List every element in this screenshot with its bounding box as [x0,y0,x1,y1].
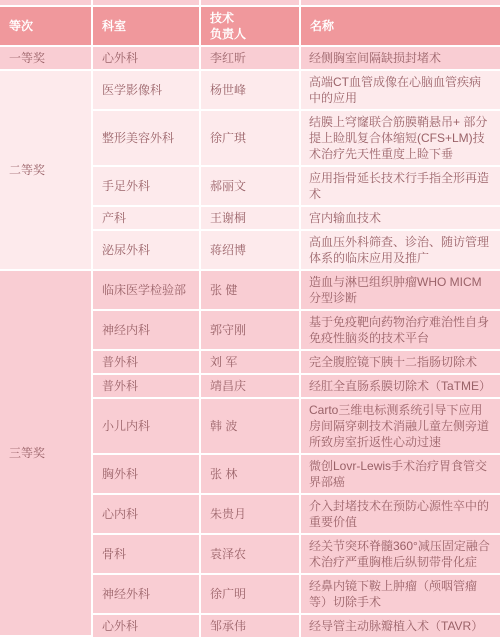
lead-cell: 张 健 [201,271,301,311]
lead-cell: 袁泽农 [201,535,301,575]
lead-cell: 刘 军 [201,351,301,375]
department-cell: 手足外科 [93,167,201,207]
header-row: 等次 科室 技术 负责人 名称 [0,7,500,47]
top-strip-cell [201,0,301,7]
department-cell: 普外科 [93,375,201,399]
name-cell: 完全腹腔镜下胰十二指肠切除术 [301,351,500,375]
lead-cell: 朱贵月 [201,495,301,535]
awards-page: 等次 科室 技术 负责人 名称 一等奖心外科李红昕经侧胸室间隔缺损封堵术二等奖医… [0,0,500,638]
department-cell: 神经内科 [93,311,201,351]
name-cell: 介入封堵技术在预防心源性卒中的重要价值 [301,495,500,535]
department-cell: 骨科 [93,535,201,575]
department-cell: 心外科 [93,47,201,71]
table-row: 一等奖心外科李红昕经侧胸室间隔缺损封堵术 [0,47,500,71]
name-cell: 经肛全直肠系膜切除术（TaTME） [301,375,500,399]
name-cell: 高端CT血管成像在心脑血管疾病中的应用 [301,71,500,111]
awards-table-body: 一等奖心外科李红昕经侧胸室间隔缺损封堵术二等奖医学影像科杨世峰高端CT血管成像在… [0,47,500,637]
name-cell: 经导管主动脉瓣植入术（TAVR） [301,615,500,637]
department-cell: 心外科 [93,615,201,637]
department-cell: 胸外科 [93,455,201,495]
lead-cell: 徐广明 [201,575,301,615]
name-cell: 经侧胸室间隔缺损封堵术 [301,47,500,71]
top-strip-cell [0,0,93,7]
lead-cell: 韩 波 [201,399,301,455]
name-cell: 应用指骨延长技术行手指全形再造术 [301,167,500,207]
lead-cell: 王谢桐 [201,207,301,231]
department-cell: 泌尿外科 [93,231,201,271]
lead-cell: 李红昕 [201,47,301,71]
top-strip-row [0,0,500,7]
column-header-rank: 等次 [0,7,93,47]
name-cell: 基于免疫靶向药物治疗难治性自身免疫性脑炎的技术平台 [301,311,500,351]
name-cell: 结膜上穹窿联合筋膜鞘悬吊+ 部分提上睑肌复合体缩短(CFS+LM)技术治疗先天性… [301,111,500,167]
lead-cell: 蒋绍博 [201,231,301,271]
name-cell: 微创Lovr-Lewis手术治疗胃食管交界部癌 [301,455,500,495]
column-header-name: 名称 [301,7,500,47]
lead-cell: 杨世峰 [201,71,301,111]
lead-cell: 郝丽文 [201,167,301,207]
department-cell: 心内科 [93,495,201,535]
lead-cell: 张 林 [201,455,301,495]
name-cell: 经关节突环脊髓360°减压固定融合术治疗严重胸椎后纵韧带骨化症 [301,535,500,575]
department-cell: 临床医学检验部 [93,271,201,311]
department-cell: 医学影像科 [93,71,201,111]
lead-cell: 邹承伟 [201,615,301,637]
lead-cell: 郭守刚 [201,311,301,351]
department-cell: 神经外科 [93,575,201,615]
department-cell: 产科 [93,207,201,231]
column-header-department: 科室 [93,7,201,47]
name-cell: 高血压外科筛查、诊治、随访管理体系的临床应用及推广 [301,231,500,271]
column-header-lead: 技术 负责人 [201,7,301,47]
table-row: 三等奖临床医学检验部张 健造血与淋巴组织肿瘤WHO MICM 分型诊断 [0,271,500,311]
lead-cell: 靖昌庆 [201,375,301,399]
name-cell: 造血与淋巴组织肿瘤WHO MICM 分型诊断 [301,271,500,311]
rank-cell: 一等奖 [0,47,93,71]
department-cell: 普外科 [93,351,201,375]
name-cell: 宫内输血技术 [301,207,500,231]
awards-table: 等次 科室 技术 负责人 名称 一等奖心外科李红昕经侧胸室间隔缺损封堵术二等奖医… [0,0,500,637]
rank-cell: 二等奖 [0,71,93,271]
lead-cell: 徐广琪 [201,111,301,167]
table-row: 二等奖医学影像科杨世峰高端CT血管成像在心脑血管疾病中的应用 [0,71,500,111]
department-cell: 整形美容外科 [93,111,201,167]
name-cell: 经鼻内镜下鞍上肿瘤（颅咽管瘤等）切除手术 [301,575,500,615]
top-strip-cell [93,0,201,7]
top-strip-cell [301,0,500,7]
rank-cell: 三等奖 [0,271,93,637]
name-cell: Carto三维电标测系统引导下应用房间隔穿刺技术消融儿童左侧旁道所致房室折返性心… [301,399,500,455]
department-cell: 小儿内科 [93,399,201,455]
